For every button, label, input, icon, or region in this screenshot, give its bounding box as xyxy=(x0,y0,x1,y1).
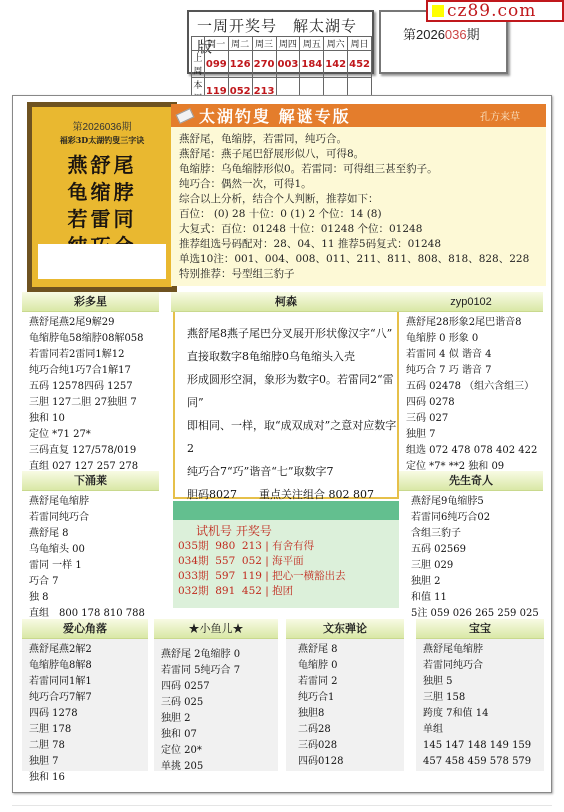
day-header: 周三 xyxy=(252,37,276,51)
site-logo[interactable]: cz89.com xyxy=(426,0,564,22)
riddle-text: 燕舒尾，龟缩脖，若雷同，纯巧合。 燕舒尾：燕子尾巴舒展形似八，可得8。 龟缩脖：… xyxy=(171,127,546,282)
main-panel: 第2026036期 福彩3D太湖钓叟三字诀 燕舒尾 龟缩脖 若雷同 纯巧合 太湖… xyxy=(12,95,552,793)
weekly-table-title: 一周开奖号 解太湖专版 xyxy=(189,12,372,36)
day-header: 周四 xyxy=(276,37,300,51)
card-kesen: 柯森 燕舒尾8燕子尾巴分叉展开形状像汉字“八” 直接取数字8龟缩脖0乌龟缩头入壳… xyxy=(171,292,401,499)
day-header: 周六 xyxy=(324,37,348,51)
card-caiduoxing: 彩多星 燕舒尾燕2尾9解29 龟缩脖龟58缩脖08解058 若雷同若2雷同1解1… xyxy=(22,292,159,467)
trial-row: 035期 980 213 | 有舍有得 xyxy=(178,539,399,554)
blank-area xyxy=(38,244,166,279)
logo-square-icon xyxy=(432,5,444,17)
trial-row: 034期 557 052 | 海平面 xyxy=(178,554,399,569)
weekly-draw-table: 一周开奖号 解太湖专版 周一 周二 周三 周四 周五 周六 周日 上周 099 … xyxy=(187,10,374,74)
trial-row: 033期 597 119 | 把心一横豁出去 xyxy=(178,569,399,584)
day-header: 周一 xyxy=(204,37,228,51)
book-icon xyxy=(176,108,195,124)
card-xiayonglai: 下涌莱 燕舒尾龟缩脖 若雷同纯巧合 燕舒尾 8 乌龟缩头 00 雷同 一样 1 … xyxy=(22,471,159,613)
trial-header-bar xyxy=(173,501,399,520)
card-aixin: 爱心角落 燕舒尾燕2解2 龟缩脖龟8解8 若雷同同1解1 纯巧合巧7解7 四码 … xyxy=(22,619,148,771)
trial-numbers: 试机号 开奖号 035期 980 213 | 有舍有得 034期 557 052… xyxy=(173,520,399,608)
riddle-section: 太湖钓叟 解谜专版 孔方来草 燕舒尾，龟缩脖，若雷同，纯巧合。 燕舒尾：燕子尾巴… xyxy=(171,104,546,286)
table-row-last-week: 上周 099 126 270 003 184 142 452 xyxy=(192,51,372,78)
day-header: 周日 xyxy=(348,37,372,51)
poem-card: 第2026036期 福彩3D太湖钓叟三字诀 燕舒尾 龟缩脖 若雷同 纯巧合 xyxy=(27,102,177,292)
card-xiansheng: 先生奇人 燕舒尾9龟缩脖5 若雷同6纯巧合02 含组三豹子 五码 02569 三… xyxy=(399,471,543,613)
day-header: 周五 xyxy=(300,37,324,51)
trial-row: 032期 891 452 | 抱团 xyxy=(178,584,399,599)
card-zyp0102: zyp0102 燕舒尾28形象2尾巴谐音8 龟缩脖 0 形象 0 若雷同 4 似… xyxy=(399,292,543,467)
day-header: 周二 xyxy=(228,37,252,51)
divider xyxy=(12,805,552,806)
riddle-header: 太湖钓叟 解谜专版 孔方来草 xyxy=(171,104,546,127)
card-baobao: 宝宝 燕舒尾龟缩脖 若雷同纯巧合 独胆 5 三胆 158 跨度 7和值 14 单… xyxy=(416,619,544,771)
card-wenzai: 文东弹论 燕舒尾 8 龟缩脖 0 若雷同 2 纯巧合1 独胆8 二码28 三码0… xyxy=(286,619,404,771)
card-xiaoyuer: ★小鱼儿★ 燕舒尾 2龟缩脖 0 若雷同 5纯巧合 7 四码 0257 三码 0… xyxy=(154,619,278,771)
